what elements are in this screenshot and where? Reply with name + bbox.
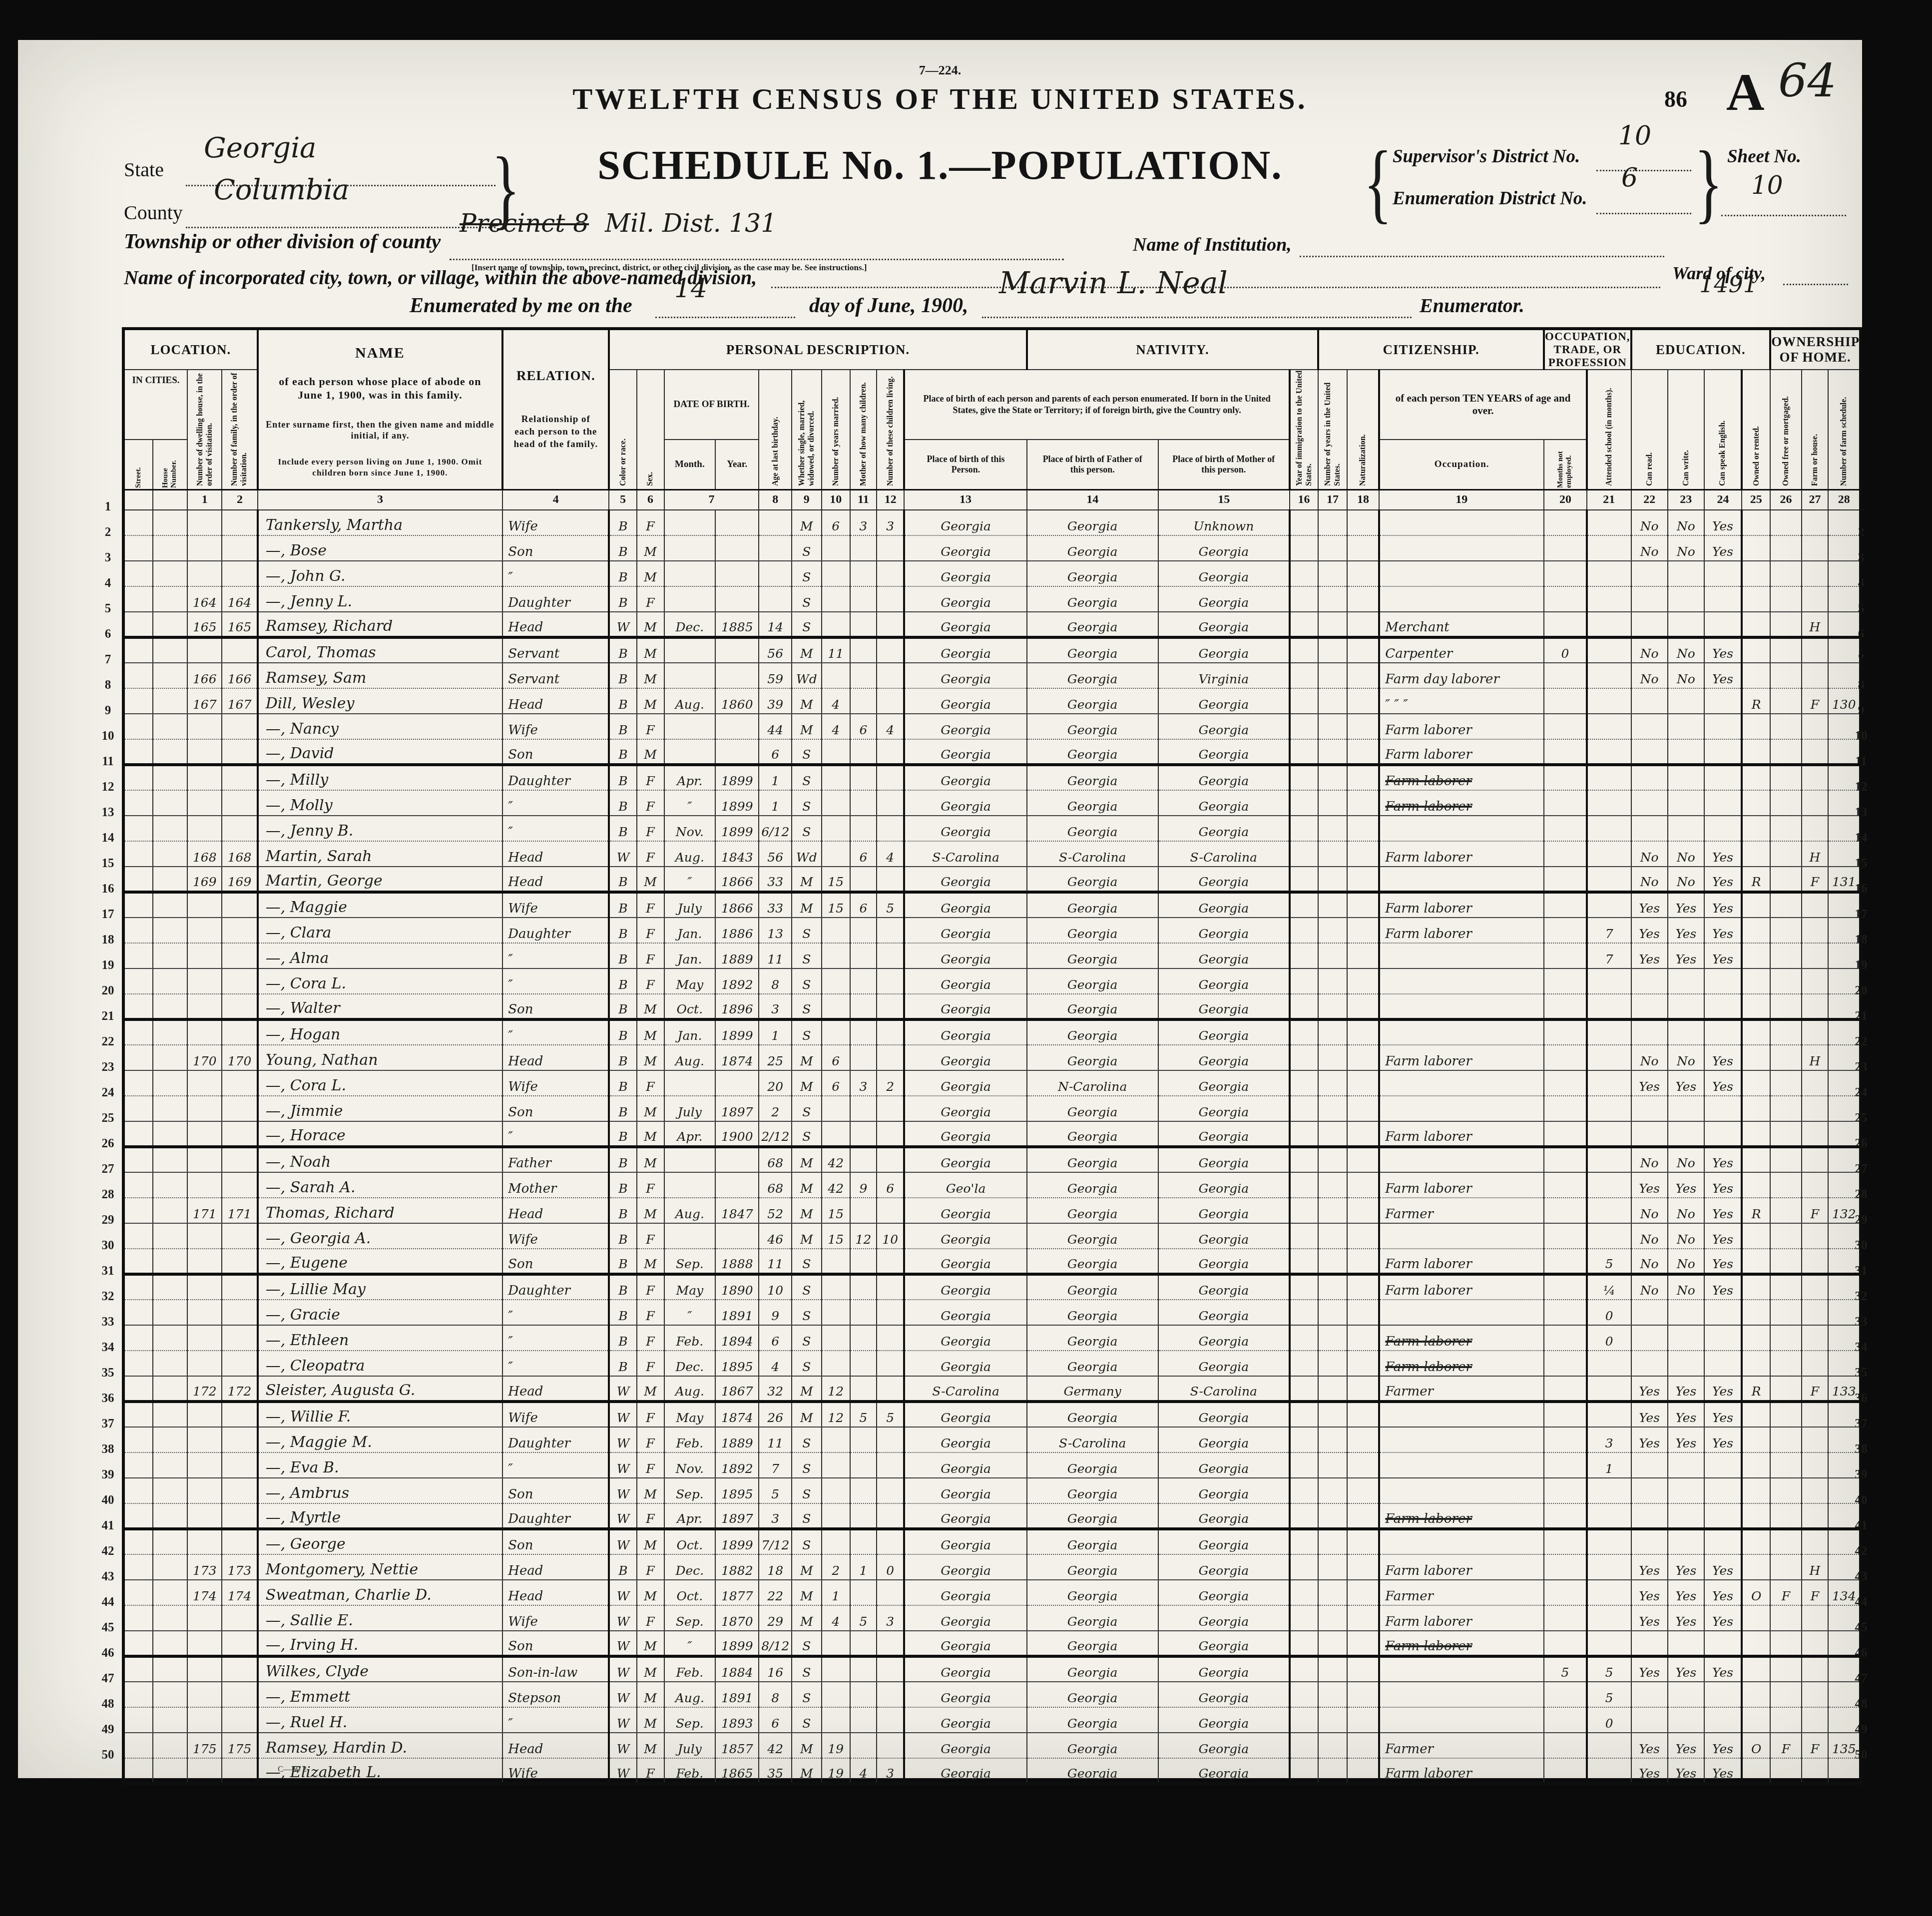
cell-name: Wilkes, Clyde — [258, 1656, 503, 1682]
cell-naturalization — [1347, 968, 1380, 994]
cell-age: 68 — [759, 1147, 792, 1172]
cell-mother-of — [850, 663, 877, 688]
cell-attended-school — [1587, 1198, 1631, 1223]
cell-can-read: Yes — [1631, 1733, 1668, 1758]
cell-relation: Son-in-law — [502, 1656, 609, 1682]
cell-street — [123, 841, 153, 867]
cell-occupation — [1379, 943, 1544, 968]
cell-age: 8 — [759, 968, 792, 994]
cell-months-not-employed — [1544, 1019, 1587, 1045]
cell-pob-father: Georgia — [1027, 1707, 1158, 1733]
line-number: 35 — [97, 1360, 119, 1386]
cell-mother-of — [850, 1351, 877, 1376]
cell-pob-father: Georgia — [1027, 1045, 1158, 1070]
cell-age: 7/12 — [759, 1529, 792, 1554]
line-number: 44 — [97, 1589, 119, 1615]
cell-years-married — [822, 1682, 850, 1707]
cell-can-write: Yes — [1668, 943, 1704, 968]
cell-years-us — [1318, 1758, 1347, 1784]
cell-birth-month: May — [664, 1402, 716, 1427]
cell-years-us — [1318, 1707, 1347, 1733]
cell-family: 174 — [222, 1580, 257, 1605]
cell-dwelling: 169 — [187, 867, 222, 892]
col-sex: Sex. — [637, 370, 664, 490]
cell-can-write: Yes — [1668, 1070, 1704, 1096]
cell-naturalization — [1347, 1198, 1380, 1223]
group-personal: PERSONAL DESCRIPTION. — [609, 329, 1026, 370]
line-number: 27 — [97, 1156, 119, 1182]
cell-relation: ″ — [502, 1300, 609, 1325]
cell-can-read — [1631, 968, 1668, 994]
cell-can-speak-english: Yes — [1704, 535, 1742, 561]
cell-birth-month — [664, 510, 716, 535]
cell-family: 175 — [222, 1733, 257, 1758]
col-house-number: House Number. — [153, 440, 187, 489]
cell-children-living — [877, 790, 904, 816]
cell-farm-house — [1802, 1529, 1829, 1554]
cell-color: B — [609, 1019, 636, 1045]
col-number: 1 — [187, 490, 222, 510]
cell-can-read — [1631, 586, 1668, 612]
cell-birth-year — [715, 637, 759, 663]
col-birth-month: Month. — [664, 440, 716, 489]
cell-pob-person: Georgia — [904, 510, 1026, 535]
cell-mother-of: 5 — [850, 1605, 877, 1631]
cell-can-read: Yes — [1631, 1070, 1668, 1096]
cell-family — [222, 739, 257, 765]
cell-relation: Daughter — [502, 918, 609, 943]
cell-years-us — [1318, 918, 1347, 943]
line-number: 32 — [97, 1284, 119, 1309]
cell-months-not-employed — [1544, 535, 1587, 561]
cell-attended-school: 3 — [1587, 1427, 1631, 1452]
cell-sex: F — [637, 1605, 664, 1631]
cell-farm-house: F — [1802, 688, 1829, 714]
cell-occupation: Farmer — [1379, 1198, 1544, 1223]
cell-owned-rented — [1742, 790, 1770, 816]
cell-marital: M — [792, 1580, 821, 1605]
cell-birth-month: Sep. — [664, 1249, 716, 1274]
cell-naturalization — [1347, 1656, 1380, 1682]
cell-farm-schedule — [1828, 841, 1861, 867]
cell-years-married — [822, 663, 850, 688]
cell-pob-mother: Georgia — [1158, 1631, 1290, 1656]
cell-marital: M — [792, 1758, 821, 1784]
cell-attended-school — [1587, 994, 1631, 1019]
col-number: 2 — [222, 490, 257, 510]
cell-dwelling — [187, 765, 222, 790]
cell-farm-schedule — [1828, 663, 1861, 688]
cell-can-speak-english: Yes — [1704, 943, 1742, 968]
cell-children-living: 3 — [877, 510, 904, 535]
cell-naturalization — [1347, 1351, 1380, 1376]
cell-marital: S — [792, 1121, 821, 1147]
cell-birth-year: 1874 — [715, 1402, 759, 1427]
cell-free-mortgaged — [1770, 1223, 1801, 1249]
cell-mother-of — [850, 1274, 877, 1300]
cell-age: 56 — [759, 841, 792, 867]
cell-years-us — [1318, 841, 1347, 867]
cell-children-living — [877, 1376, 904, 1402]
cell-pob-person: Georgia — [904, 612, 1026, 637]
line-number: 4 — [97, 570, 119, 596]
cell-sex: F — [637, 1554, 664, 1580]
cell-marital: M — [792, 714, 821, 739]
cell-sex: M — [637, 1478, 664, 1503]
cell-pob-mother: Georgia — [1158, 1019, 1290, 1045]
cell-farm-house — [1802, 1147, 1829, 1172]
cell-birth-year — [715, 586, 759, 612]
col-pob-father: Place of birth of Father of this person. — [1027, 440, 1158, 489]
cell-occupation: Farm laborer — [1379, 1351, 1544, 1376]
cell-dwelling — [187, 943, 222, 968]
cell-name: —, Horace — [258, 1121, 503, 1147]
cell-pob-person: Georgia — [904, 663, 1026, 688]
cell-pob-person: Georgia — [904, 1300, 1026, 1325]
cell-birth-year: 1874 — [715, 1045, 759, 1070]
cell-pob-person: Georgia — [904, 586, 1026, 612]
cell-dwelling — [187, 1300, 222, 1325]
cell-months-not-employed — [1544, 1529, 1587, 1554]
cell-birth-month: Feb. — [664, 1427, 716, 1452]
cell-occupation: Farm laborer — [1379, 1121, 1544, 1147]
cell-owned-rented — [1742, 1427, 1770, 1452]
cell-marital: S — [792, 1019, 821, 1045]
cell-owned-rented — [1742, 1300, 1770, 1325]
cell-house — [153, 1223, 187, 1249]
cell-mother-of — [850, 535, 877, 561]
cell-free-mortgaged — [1770, 1198, 1801, 1223]
col-years-in-us: Number of years in the United States. — [1318, 370, 1347, 490]
cell-relation: Mother — [502, 1172, 609, 1198]
cell-immigration — [1290, 765, 1318, 790]
census-row: —, GeorgeSonWMOct.18997/12SGeorgiaGeorgi… — [123, 1529, 1861, 1554]
cell-house — [153, 1198, 187, 1223]
cell-farm-schedule: 135 — [1828, 1733, 1861, 1758]
cell-marital: Wd — [792, 841, 821, 867]
cell-years-married — [822, 1274, 850, 1300]
cell-relation: Son — [502, 994, 609, 1019]
cell-farm-schedule — [1828, 918, 1861, 943]
cell-dwelling: 171 — [187, 1198, 222, 1223]
cell-dwelling — [187, 1147, 222, 1172]
cell-attended-school — [1587, 968, 1631, 994]
cell-attended-school — [1587, 714, 1631, 739]
cell-farm-house: F — [1802, 1580, 1829, 1605]
cell-can-write: No — [1668, 510, 1704, 535]
cell-color: B — [609, 1300, 636, 1325]
cell-age: 32 — [759, 1376, 792, 1402]
cell-owned-rented — [1742, 1452, 1770, 1478]
cell-color: W — [609, 1402, 636, 1427]
cell-children-living — [877, 1478, 904, 1503]
cell-sex: M — [637, 1529, 664, 1554]
cell-age: 14 — [759, 612, 792, 637]
cell-birth-year: 1867 — [715, 1376, 759, 1402]
cell-can-write: Yes — [1668, 1656, 1704, 1682]
cell-farm-schedule — [1828, 1325, 1861, 1351]
cell-can-write: No — [1668, 535, 1704, 561]
cell-can-speak-english: Yes — [1704, 1274, 1742, 1300]
cell-years-us — [1318, 1300, 1347, 1325]
cell-free-mortgaged — [1770, 841, 1801, 867]
cell-can-speak-english — [1704, 1351, 1742, 1376]
cell-immigration — [1290, 1019, 1318, 1045]
line-number: 17 — [97, 902, 119, 927]
cell-dwelling — [187, 1758, 222, 1784]
cell-owned-rented — [1742, 918, 1770, 943]
cell-children-living — [877, 968, 904, 994]
cell-birth-year: 1866 — [715, 892, 759, 918]
cell-name: Montgomery, Nettie — [258, 1554, 503, 1580]
cell-attended-school — [1587, 1096, 1631, 1121]
cell-house — [153, 1121, 187, 1147]
cell-attended-school — [1587, 867, 1631, 892]
cell-naturalization — [1347, 1554, 1380, 1580]
enumerated-day: 14 — [674, 274, 707, 304]
cell-free-mortgaged — [1770, 561, 1801, 586]
cell-attended-school — [1587, 1376, 1631, 1402]
cell-owned-rented — [1742, 714, 1770, 739]
cell-relation: Wife — [502, 892, 609, 918]
cell-marital: S — [792, 535, 821, 561]
line-number: 31 — [97, 1258, 119, 1284]
cell-can-write — [1668, 688, 1704, 714]
cell-pob-mother: Virginia — [1158, 663, 1290, 688]
cell-years-us — [1318, 1376, 1347, 1402]
census-row: —, EmmettStepsonWMAug.18918SGeorgiaGeorg… — [123, 1682, 1861, 1707]
cell-marital: S — [792, 1707, 821, 1733]
cell-pob-father: Georgia — [1027, 1223, 1158, 1249]
cell-pob-person: Georgia — [904, 1427, 1026, 1452]
cell-birth-year: 1899 — [715, 790, 759, 816]
cell-owned-rented — [1742, 994, 1770, 1019]
cell-pob-person: Georgia — [904, 1402, 1026, 1427]
cell-farm-schedule — [1828, 1631, 1861, 1656]
cell-can-write — [1668, 968, 1704, 994]
cell-can-read: No — [1631, 841, 1668, 867]
cell-farm-schedule — [1828, 943, 1861, 968]
cell-children-living: 0 — [877, 1554, 904, 1580]
cell-farm-schedule — [1828, 892, 1861, 918]
cell-birth-month: Aug. — [664, 1198, 716, 1223]
cell-birth-month: Apr. — [664, 1503, 716, 1529]
cell-family — [222, 1147, 257, 1172]
cell-pob-father: Georgia — [1027, 1605, 1158, 1631]
cell-pob-mother: Georgia — [1158, 918, 1290, 943]
cell-mother-of: 4 — [850, 1758, 877, 1784]
cell-months-not-employed — [1544, 1325, 1587, 1351]
cell-age: 11 — [759, 1249, 792, 1274]
cell-street — [123, 1019, 153, 1045]
line-number: 23 — [97, 1054, 119, 1080]
cell-color: W — [609, 1376, 636, 1402]
cell-can-read — [1631, 790, 1668, 816]
census-row: —, John G.″BMSGeorgiaGeorgiaGeorgia — [123, 561, 1861, 586]
cell-immigration — [1290, 1707, 1318, 1733]
cell-street — [123, 1478, 153, 1503]
cell-birth-year: 1885 — [715, 612, 759, 637]
cell-mother-of — [850, 1300, 877, 1325]
cell-birth-year — [715, 714, 759, 739]
cell-street — [123, 1300, 153, 1325]
census-row: —, AmbrusSonWMSep.18955SGeorgiaGeorgiaGe… — [123, 1478, 1861, 1503]
enumeration-rule — [1596, 212, 1691, 214]
cell-attended-school: 7 — [1587, 918, 1631, 943]
cell-farm-schedule — [1828, 994, 1861, 1019]
cell-sex: F — [637, 1427, 664, 1452]
col-number: 6 — [637, 490, 664, 510]
cell-attended-school — [1587, 1758, 1631, 1784]
cell-naturalization — [1347, 1478, 1380, 1503]
cell-house — [153, 1147, 187, 1172]
cell-farm-schedule — [1828, 1274, 1861, 1300]
cell-pob-person: Georgia — [904, 816, 1026, 841]
day-rule — [655, 316, 795, 318]
cell-owned-rented — [1742, 1402, 1770, 1427]
cell-relation: Son — [502, 535, 609, 561]
cell-can-read: Yes — [1631, 1758, 1668, 1784]
cell-immigration — [1290, 1605, 1318, 1631]
cell-birth-year — [715, 739, 759, 765]
cell-free-mortgaged — [1770, 739, 1801, 765]
line-numbers-left: 1234567891011121314151617181920212223242… — [97, 494, 119, 1768]
cell-attended-school — [1587, 1503, 1631, 1529]
cell-attended-school — [1587, 841, 1631, 867]
cell-dwelling — [187, 714, 222, 739]
cell-attended-school — [1587, 510, 1631, 535]
cell-can-speak-english: Yes — [1704, 1376, 1742, 1402]
cell-free-mortgaged: F — [1770, 1733, 1801, 1758]
cell-birth-year: 1847 — [715, 1198, 759, 1223]
col-months-not-employed: Months not employed. — [1544, 440, 1587, 489]
cell-color: B — [609, 637, 636, 663]
cell-naturalization — [1347, 1733, 1380, 1758]
cell-birth-month — [664, 1223, 716, 1249]
cell-children-living — [877, 586, 904, 612]
cell-farm-house — [1802, 1096, 1829, 1121]
cell-street — [123, 790, 153, 816]
cell-mother-of — [850, 1147, 877, 1172]
cell-can-read — [1631, 688, 1668, 714]
cell-free-mortgaged — [1770, 1300, 1801, 1325]
cell-immigration — [1290, 1478, 1318, 1503]
col-free-mortgaged: Owned free or mortgaged. — [1770, 370, 1801, 490]
cell-farm-house — [1802, 714, 1829, 739]
cell-street — [123, 663, 153, 688]
cell-name: —, Clara — [258, 918, 503, 943]
cell-color: B — [609, 1172, 636, 1198]
cell-farm-schedule — [1828, 1402, 1861, 1427]
cell-sex: M — [637, 1580, 664, 1605]
cell-street — [123, 1325, 153, 1351]
cell-can-write: Yes — [1668, 1733, 1704, 1758]
cell-farm-schedule — [1828, 1223, 1861, 1249]
cell-birth-month: Sep. — [664, 1707, 716, 1733]
cell-pob-father: Georgia — [1027, 1325, 1158, 1351]
cell-age: 44 — [759, 714, 792, 739]
cell-street — [123, 1605, 153, 1631]
cell-free-mortgaged — [1770, 612, 1801, 637]
cell-sex: M — [637, 1045, 664, 1070]
cell-family — [222, 1605, 257, 1631]
cell-street — [123, 714, 153, 739]
cell-age — [759, 535, 792, 561]
group-citizenship: CITIZENSHIP. — [1318, 329, 1544, 370]
cell-color: W — [609, 1682, 636, 1707]
district-brace-close: } — [1694, 138, 1723, 227]
cell-farm-schedule — [1828, 1427, 1861, 1452]
cell-farm-house — [1802, 1503, 1829, 1529]
col-children-living: Number of these children living. — [877, 370, 904, 490]
col-pob-mother: Place of birth of Mother of this person. — [1158, 440, 1290, 489]
cell-years-married: 6 — [822, 510, 850, 535]
cell-years-us — [1318, 1478, 1347, 1503]
line-number: 36 — [97, 1386, 119, 1411]
line-number: 8 — [97, 672, 119, 698]
cell-family — [222, 535, 257, 561]
cell-age: 6 — [759, 1325, 792, 1351]
cell-farm-house — [1802, 1478, 1829, 1503]
cell-pob-mother: Georgia — [1158, 1554, 1290, 1580]
cell-immigration — [1290, 1554, 1318, 1580]
cell-naturalization — [1347, 663, 1380, 688]
cell-years-married — [822, 1656, 850, 1682]
cell-family: 171 — [222, 1198, 257, 1223]
cell-naturalization — [1347, 1172, 1380, 1198]
cell-pob-mother: Georgia — [1158, 1682, 1290, 1707]
cell-birth-year: 1899 — [715, 765, 759, 790]
cell-mother-of — [850, 1249, 877, 1274]
census-row: 169169Martin, GeorgeHeadBM″186633M15Geor… — [123, 867, 1861, 892]
cell-immigration — [1290, 867, 1318, 892]
cell-sex: F — [637, 943, 664, 968]
cell-naturalization — [1347, 1325, 1380, 1351]
cell-name: —, Sallie E. — [258, 1605, 503, 1631]
cell-birth-year — [715, 561, 759, 586]
cell-free-mortgaged — [1770, 968, 1801, 994]
cell-street — [123, 968, 153, 994]
cell-children-living — [877, 1198, 904, 1223]
cell-occupation: Farm day laborer — [1379, 663, 1544, 688]
cell-pob-person: Georgia — [904, 994, 1026, 1019]
cell-sex: M — [637, 739, 664, 765]
cell-color: B — [609, 586, 636, 612]
cell-occupation: Farm laborer — [1379, 1172, 1544, 1198]
cell-marital: M — [792, 1376, 821, 1402]
cell-name: —, George — [258, 1529, 503, 1554]
cell-can-read: No — [1631, 637, 1668, 663]
cell-birth-month: ″ — [664, 867, 716, 892]
cell-pob-mother: Georgia — [1158, 1300, 1290, 1325]
cell-pob-mother: Georgia — [1158, 1223, 1290, 1249]
cell-farm-house — [1802, 943, 1829, 968]
cell-pob-mother: Georgia — [1158, 994, 1290, 1019]
cell-immigration — [1290, 1580, 1318, 1605]
cell-street — [123, 994, 153, 1019]
cell-free-mortgaged — [1770, 1274, 1801, 1300]
group-nativity: NATIVITY. — [1027, 329, 1319, 370]
cell-can-write: Yes — [1668, 1758, 1704, 1784]
cell-marital: S — [792, 1249, 821, 1274]
col-attended-school: Attended school (in months). — [1587, 370, 1631, 490]
census-row: —, MyrtleDaughterWFApr.18973SGeorgiaGeor… — [123, 1503, 1861, 1529]
cell-dwelling — [187, 1656, 222, 1682]
cell-age: 1 — [759, 1019, 792, 1045]
cell-immigration — [1290, 663, 1318, 688]
cell-house — [153, 637, 187, 663]
district-brace-open: { — [1364, 138, 1392, 227]
